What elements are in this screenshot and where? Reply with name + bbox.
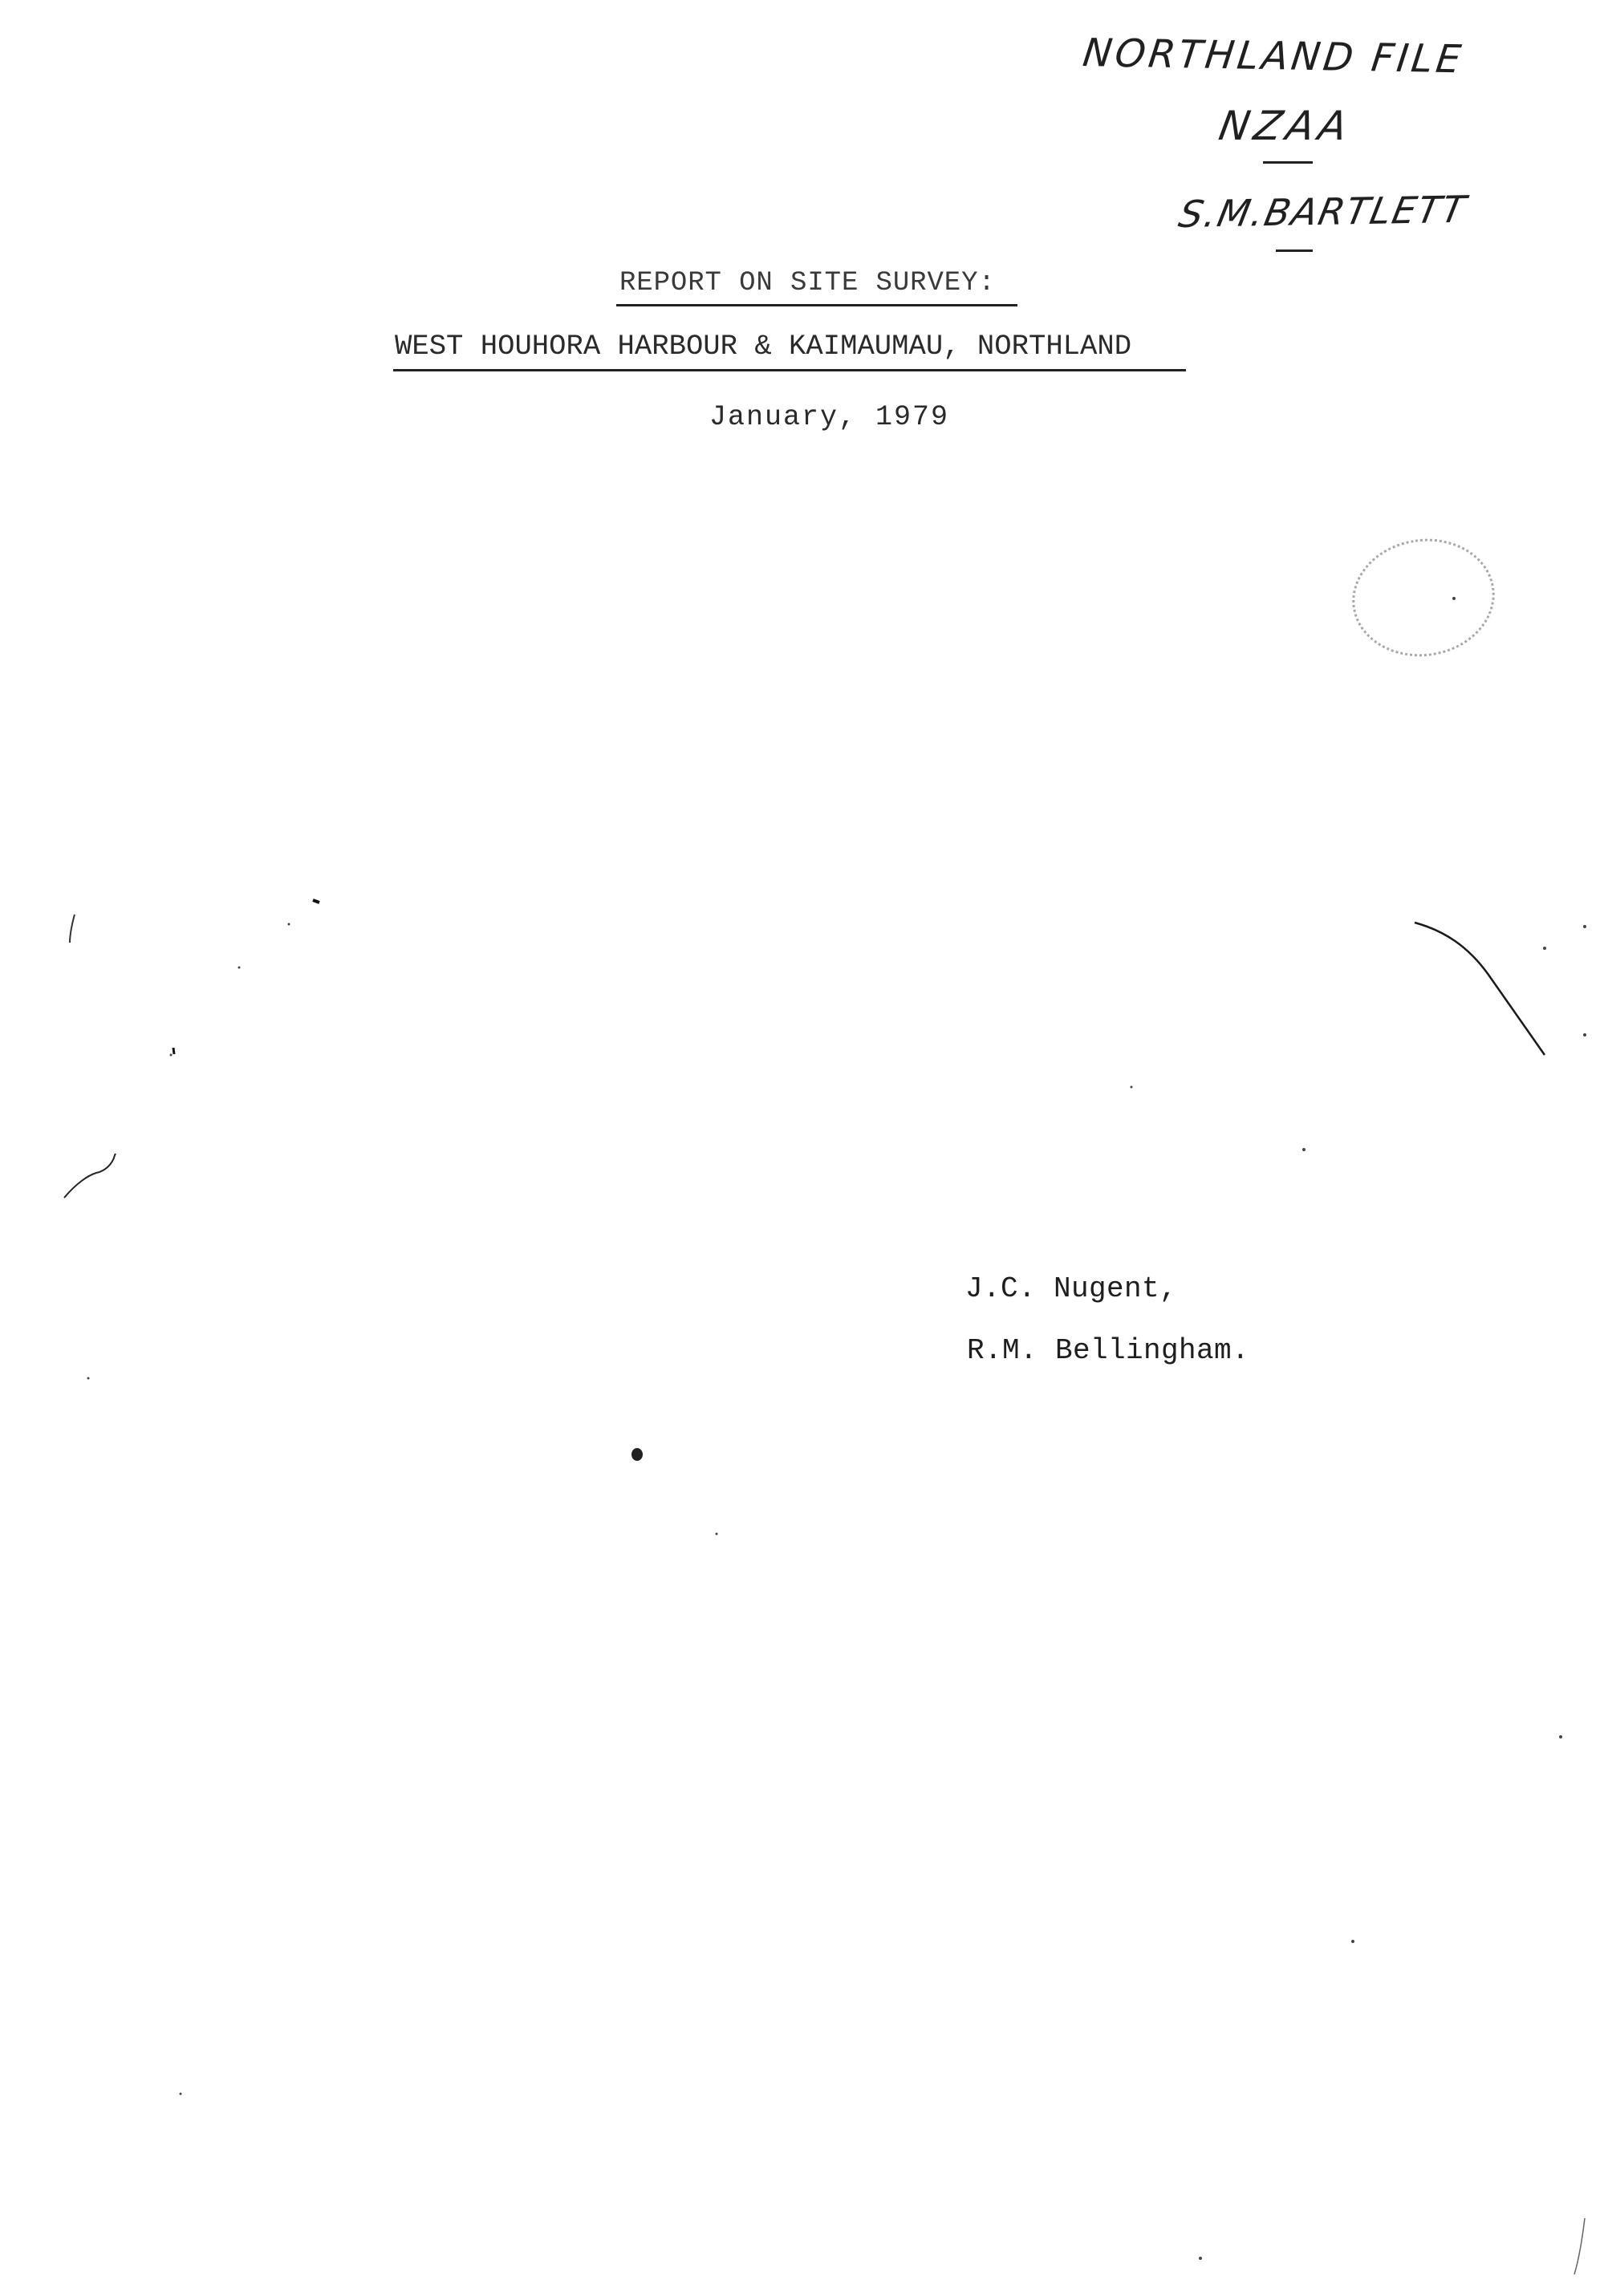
scan-marks — [0, 0, 1604, 2296]
document-page: NORTHLAND FILE NZAA S.M.BARTLETT REPORT … — [0, 0, 1604, 2296]
